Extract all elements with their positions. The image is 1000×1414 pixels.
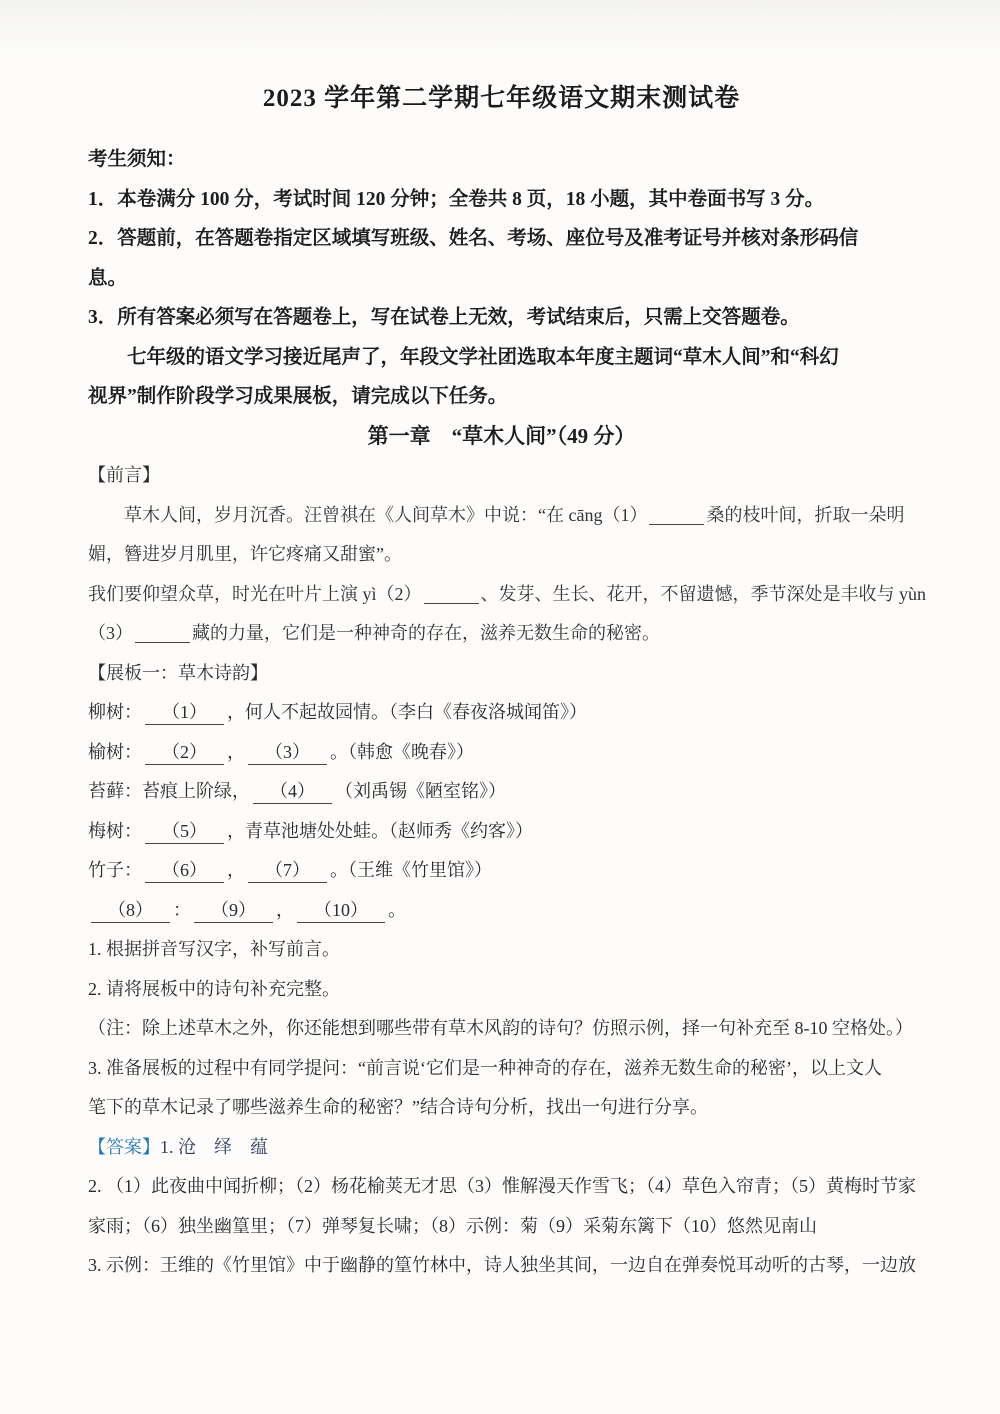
preface-line-1: 草木人间，岁月沉香。汪曾祺在《人间草木》中说：“在 cāng（1）桑的枝叶间，折… <box>88 496 915 536</box>
text-segment: 3. 准备展板的过程中有同学提问：“前言说‘它们是一种神奇的存在，滋养无数生命的… <box>88 1058 882 1078</box>
notice-heading: 考生须知： <box>88 140 915 180</box>
text-segment: ，何人不起故园情。（李白《春夜洛城闻笛》） <box>227 702 587 722</box>
intro-line-2: 视界”制作阶段学习成果展板，请完成以下任务。 <box>88 377 915 417</box>
text-segment: 七年级的语文学习接近尾声了，年段文学社团选取本年度主题词“草木人间”和“科幻 <box>127 347 839 368</box>
text-segment: ，青草池塘处处蛙。（赵师秀《约客》） <box>227 821 533 841</box>
fill-in-blank: （8） <box>91 899 170 923</box>
text-segment: 3. 示例：王维的《竹里馆》中于幽静的篁竹林中，诗人独坐其间，一边自在弹奏悦耳动… <box>88 1255 916 1275</box>
fill-in-blank: （6） <box>145 859 224 883</box>
text-segment: 。（王维《竹里馆》） <box>330 860 492 880</box>
answer-line-1: 【答案】1. 沧 绎 蕴 <box>88 1128 915 1168</box>
poem-line-bamboo: 竹子：（6），（7）。（王维《竹里馆》） <box>88 851 915 891</box>
text-segment: 视界”制作阶段学习成果展板，请完成以下任务。 <box>88 386 507 407</box>
intro-line-1: 七年级的语文学习接近尾声了，年段文学社团选取本年度主题词“草木人间”和“科幻 <box>88 338 915 378</box>
fill-in-blank: （4） <box>253 780 332 804</box>
text-segment: 3．所有答案必须写在答题卷上，写在试卷上无效，考试结束后，只需上交答题卷。 <box>88 307 800 328</box>
preface-line-2: 媚，簪进岁月肌里，许它疼痛又甜蜜”。 <box>88 535 915 575</box>
notice-item-1: 1．本卷满分 100 分，考试时间 120 分钟；全卷共 8 页，18 小题，其… <box>88 180 915 220</box>
text-segment: 草木人间，岁月沉香。汪曾祺在《人间草木》中说：“在 cāng（1） <box>124 505 647 525</box>
poem-line-plum: 梅树：（5），青草池塘处处蛙。（赵师秀《约客》） <box>88 812 915 852</box>
page-title: 2023 学年第二学期七年级语文期末测试卷 <box>88 76 915 122</box>
text-segment: ： <box>173 900 191 920</box>
fill-in-blank <box>424 581 479 604</box>
text-segment: 1. 沧 绎 蕴 <box>160 1137 268 1157</box>
text-segment: 笔下的草木记录了哪些滋养生命的秘密？”结合诗句分析，找出一句进行分享。 <box>88 1097 708 1117</box>
text-segment: （刘禹锡《陋室铭》） <box>335 781 506 801</box>
board-label: 【展板一：草木诗韵】 <box>88 654 915 694</box>
answer-label: 【答案】 <box>88 1137 160 1157</box>
question-1: 1. 根据拼音写汉字，补写前言。 <box>88 930 915 970</box>
text-segment: 柳树： <box>88 702 142 722</box>
notice-item-2-line-2: 息。 <box>88 259 915 299</box>
chapter-heading: 第一章 “草木人间”（49 分） <box>88 417 915 457</box>
text-segment: ， <box>227 742 245 762</box>
fill-in-blank: （10） <box>297 899 385 923</box>
text-segment: 苔藓：苔痕上阶绿， <box>88 781 250 801</box>
fill-in-blank <box>135 620 190 643</box>
text-segment: 桑的枝叶间，折取一朵明 <box>706 505 904 525</box>
text-segment: 2. （1）此夜曲中闻折柳；（2）杨花榆荚无才思（3）惟解漫天作雪飞；（4）草色… <box>88 1176 916 1196</box>
question-2: 2. 请将展板中的诗句补充完整。 <box>88 970 915 1010</box>
text-segment: 家雨；（6）独坐幽篁里；（7）弹琴复长啸；（8）示例：菊（9）采菊东篱下（10）… <box>88 1216 817 1236</box>
poem-line-custom: （8）：（9），（10）。 <box>88 891 915 931</box>
fill-in-blank: （2） <box>145 741 224 765</box>
notice-item-2-line-1: 2．答题前，在答题卷指定区域填写班级、姓名、考场、座位号及准考证号并核对条形码信 <box>88 219 915 259</box>
fill-in-blank: （5） <box>145 820 224 844</box>
notice-item-3: 3．所有答案必须写在答题卷上，写在试卷上无效，考试结束后，只需上交答题卷。 <box>88 298 915 338</box>
preface-line-3: 我们要仰望众草，时光在叶片上演 yì（2）、发芽、生长、花开，不留遗憾，季节深处… <box>88 575 915 615</box>
text-segment: 藏的力量，它们是一种神奇的存在，滋养无数生命的秘密。 <box>192 623 660 643</box>
answer-line-2: 2. （1）此夜曲中闻折柳；（2）杨花榆荚无才思（3）惟解漫天作雪飞；（4）草色… <box>88 1167 915 1207</box>
exam-paper-page: 2023 学年第二学期七年级语文期末测试卷 考生须知：1．本卷满分 100 分，… <box>0 0 1000 1414</box>
text-segment: 第一章 “草木人间”（49 分） <box>368 424 636 448</box>
answer-line-4: 3. 示例：王维的《竹里馆》中于幽静的篁竹林中，诗人独坐其间，一边自在弹奏悦耳动… <box>88 1246 915 1286</box>
document-body: 考生须知：1．本卷满分 100 分，考试时间 120 分钟；全卷共 8 页，18… <box>88 140 915 1286</box>
text-segment: 2. 请将展板中的诗句补充完整。 <box>88 979 340 999</box>
text-segment: 【前言】 <box>88 465 160 485</box>
text-segment: ， <box>227 860 245 880</box>
text-segment: 1．本卷满分 100 分，考试时间 120 分钟；全卷共 8 页，18 小题，其… <box>88 189 824 210</box>
preface-line-4: （3）藏的力量，它们是一种神奇的存在，滋养无数生命的秘密。 <box>88 614 915 654</box>
poem-line-willow: 柳树：（1），何人不起故园情。（李白《春夜洛城闻笛》） <box>88 693 915 733</box>
poem-line-elm: 榆树：（2），（3）。（韩愈《晚春》） <box>88 733 915 773</box>
text-segment: 息。 <box>88 268 127 289</box>
text-segment: 【展板一：草木诗韵】 <box>88 663 268 683</box>
question-note: （注：除上述草木之外，你还能想到哪些带有草木风韵的诗句？仿照示例，择一句补充至 … <box>88 1009 915 1049</box>
text-segment: （注：除上述草木之外，你还能想到哪些带有草木风韵的诗句？仿照示例，择一句补充至 … <box>88 1018 913 1038</box>
text-segment: （3） <box>88 623 133 643</box>
question-3-line-1: 3. 准备展板的过程中有同学提问：“前言说‘它们是一种神奇的存在，滋养无数生命的… <box>88 1049 915 1089</box>
text-segment: 。（韩愈《晚春》） <box>330 742 474 762</box>
fill-in-blank <box>649 502 704 525</box>
text-segment: ， <box>276 900 294 920</box>
fill-in-blank: （7） <box>248 859 327 883</box>
text-segment: 1. 根据拼音写汉字，补写前言。 <box>88 939 340 959</box>
text-segment: 榆树： <box>88 742 142 762</box>
poem-line-moss: 苔藓：苔痕上阶绿，（4）（刘禹锡《陋室铭》） <box>88 772 915 812</box>
text-segment: 竹子： <box>88 860 142 880</box>
preface-label: 【前言】 <box>88 456 915 496</box>
text-segment: 。 <box>388 900 406 920</box>
text-segment: 媚，簪进岁月肌里，许它疼痛又甜蜜”。 <box>88 544 402 564</box>
answer-line-3: 家雨；（6）独坐幽篁里；（7）弹琴复长啸；（8）示例：菊（9）采菊东篱下（10）… <box>88 1207 915 1247</box>
text-segment: 考生须知： <box>88 149 186 170</box>
text-segment: 、发芽、生长、花开，不留遗憾，季节深处是丰收与 yùn <box>481 584 927 604</box>
fill-in-blank: （1） <box>145 701 224 725</box>
fill-in-blank: （9） <box>194 899 273 923</box>
text-segment: 我们要仰望众草，时光在叶片上演 yì（2） <box>88 584 422 604</box>
text-segment: 2．答题前，在答题卷指定区域填写班级、姓名、考场、座位号及准考证号并核对条形码信 <box>88 228 858 249</box>
text-segment: 梅树： <box>88 821 142 841</box>
fill-in-blank: （3） <box>248 741 327 765</box>
question-3-line-2: 笔下的草木记录了哪些滋养生命的秘密？”结合诗句分析，找出一句进行分享。 <box>88 1088 915 1128</box>
